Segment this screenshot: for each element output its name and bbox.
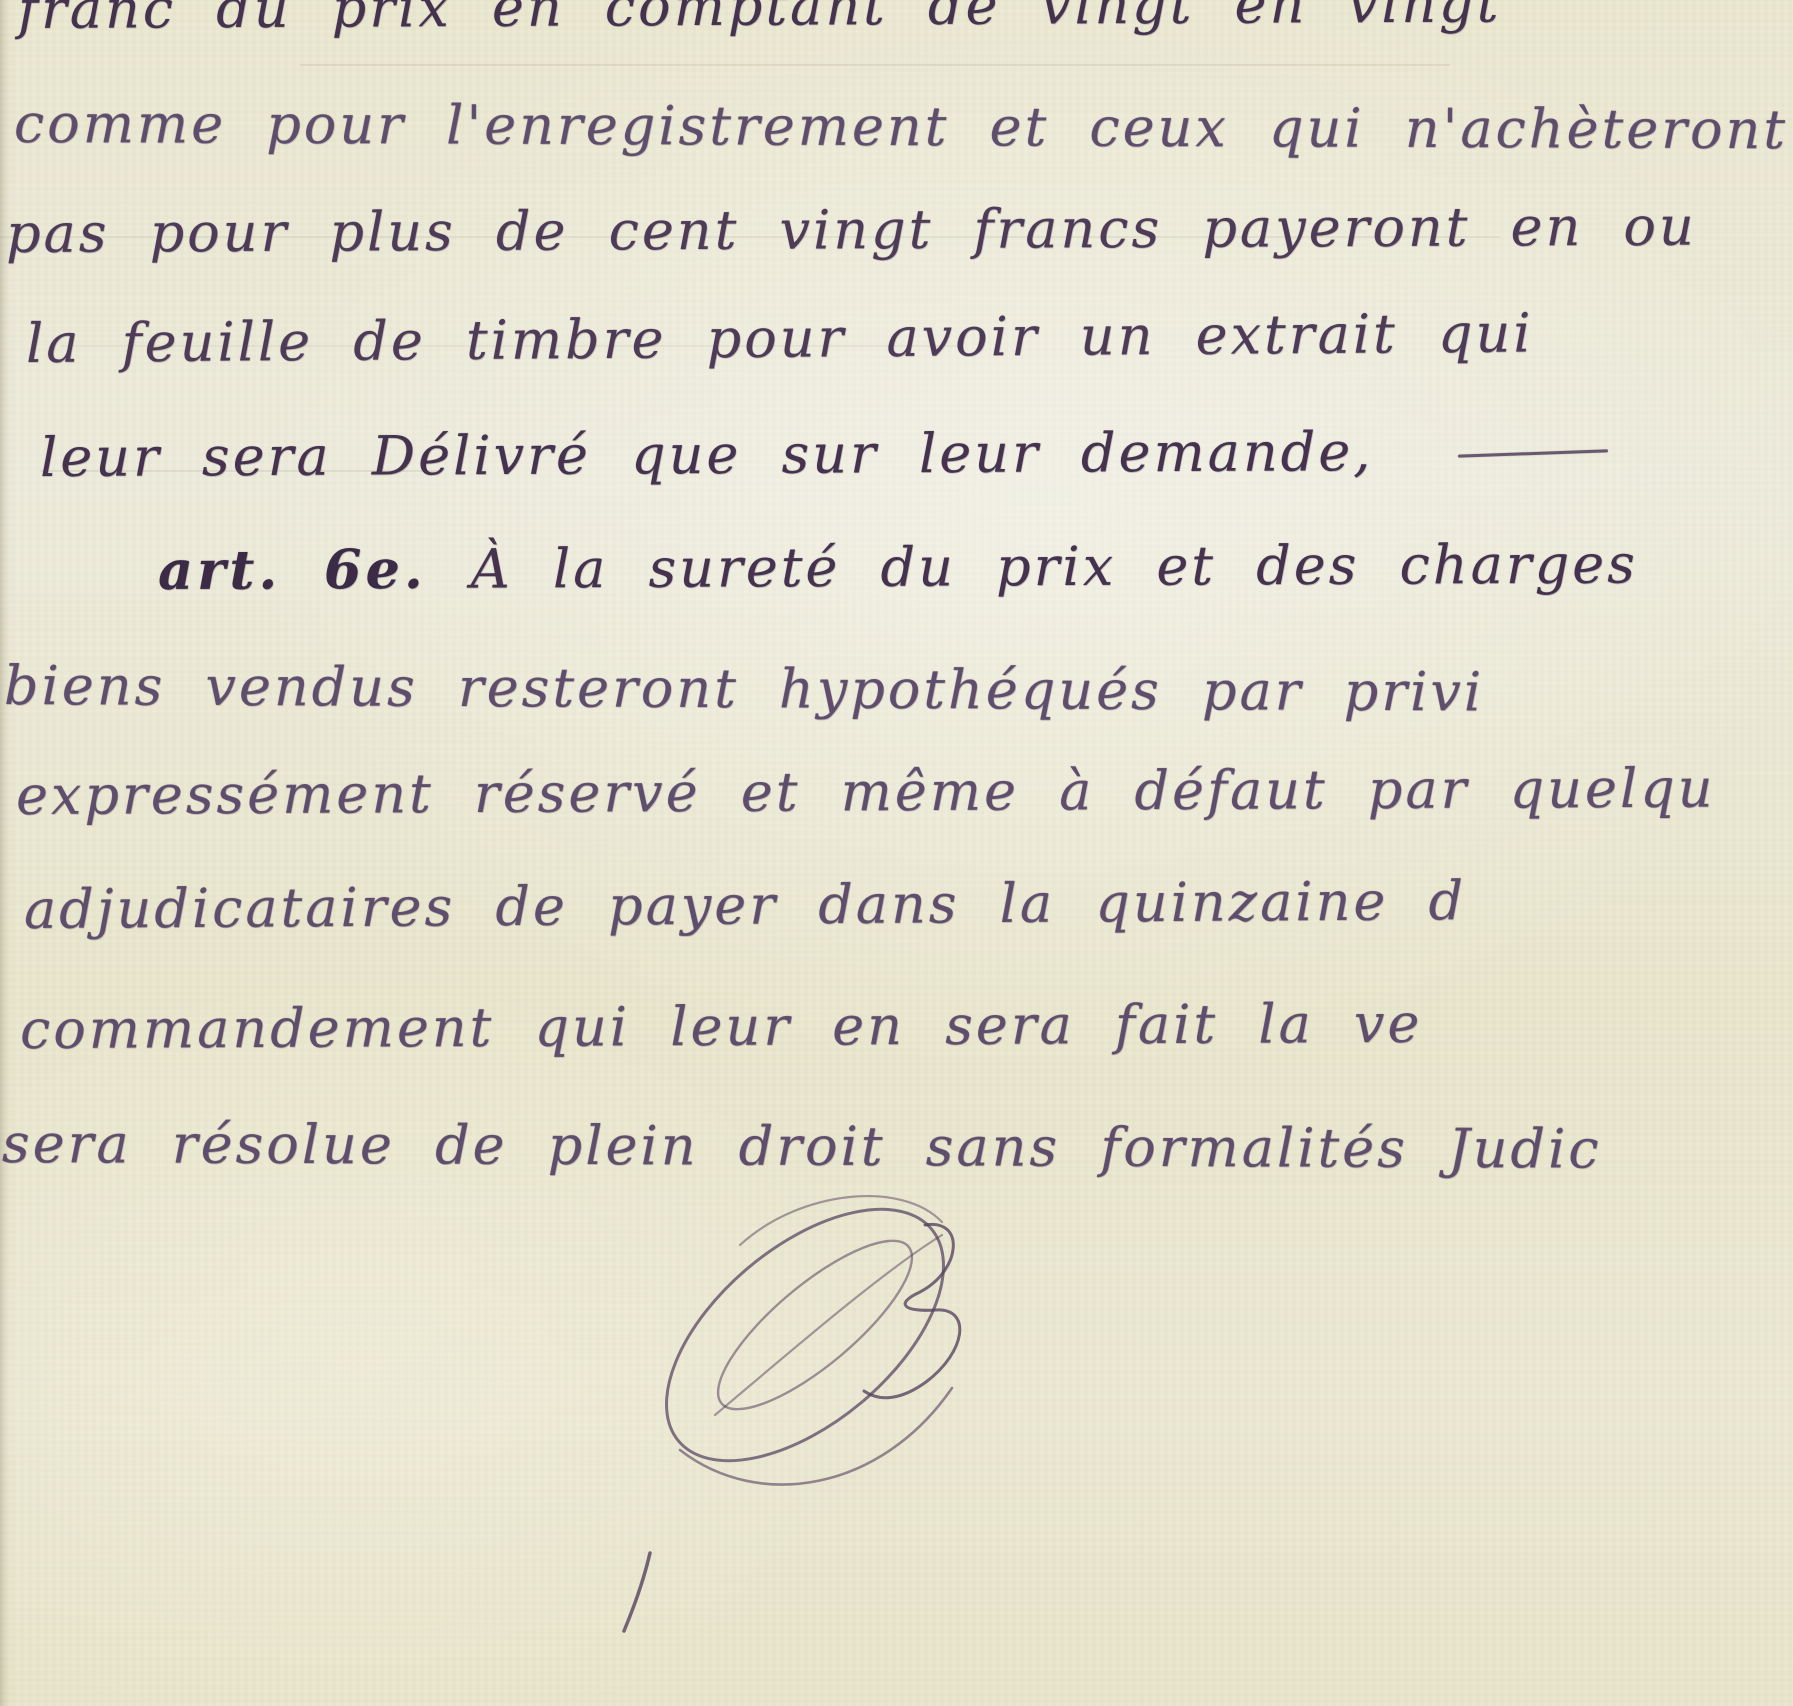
ink-dash-stroke [1458,449,1608,457]
manuscript-line-text: comme pour l'enregistrement et ceux qui … [14,92,1788,161]
signature-flourish [620,1150,1000,1530]
manuscript-line-text: commandement qui leur en sera fait la ve [20,992,1423,1061]
manuscript-line: expressément réservé et même à défaut pa… [16,751,1716,834]
pencil-guide-line [300,64,1450,66]
manuscript-line: biens vendus resteront hypothéqués par p… [4,648,1484,730]
manuscript-line: la feuille de timbre pour avoir un extra… [26,295,1534,382]
ink-tick-mark [610,1545,670,1640]
manuscript-line: adjudicataires de payer dans la quinzain… [24,863,1467,948]
manuscript-line-text: franc du prix en comptant de vingt en vi… [18,0,1502,41]
article-number-label: art. 6e. [158,537,427,602]
manuscript-line-text: la feuille de timbre pour avoir un extra… [26,301,1534,375]
manuscript-page: franc du prix en comptant de vingt en vi… [0,0,1793,1706]
manuscript-line: comme pour l'enregistrement et ceux qui … [14,86,1788,168]
manuscript-line-text: biens vendus resteront hypothéqués par p… [4,654,1484,723]
manuscript-line: commandement qui leur en sera fait la ve [20,986,1423,1068]
manuscript-line-text: pas pour plus de cent vingt francs payer… [6,195,1697,265]
manuscript-line-text: expressément réservé et même à défaut pa… [16,757,1716,827]
manuscript-line-text: adjudicataires de payer dans la quinzain… [24,869,1466,941]
manuscript-line: pas pour plus de cent vingt francs payer… [6,189,1697,272]
manuscript-line-text: À la sureté du prix et des charges [471,533,1638,601]
manuscript-line-text: leur sera Délivré que sur leur demande, [40,420,1374,489]
manuscript-line: leur sera Délivré que sur leur demande, [40,414,1374,496]
manuscript-line: franc du prix en comptant de vingt en vi… [18,0,1502,48]
manuscript-line-article: art. 6e.À la sureté du prix et des charg… [158,526,1638,609]
